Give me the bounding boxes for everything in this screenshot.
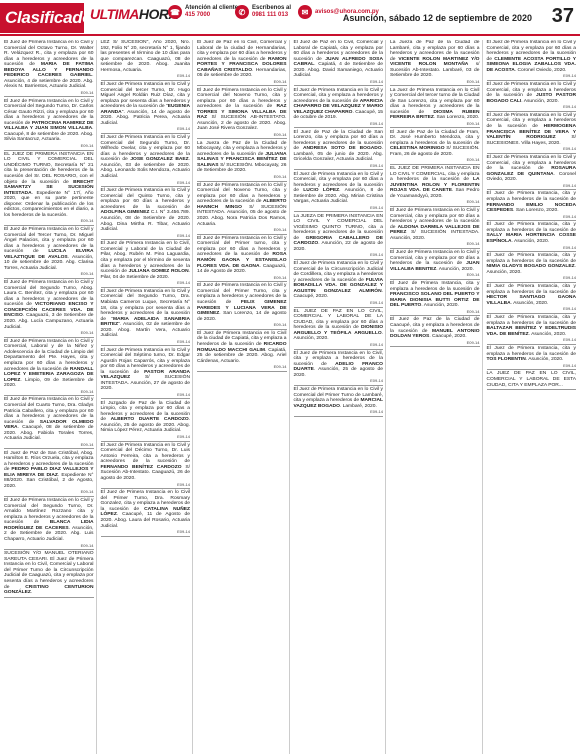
legal-notice: El Juez de Primera Instancia en lo Civil… — [101, 289, 191, 346]
legal-notice: El Juez de Primera Instancia en lo Civil… — [390, 250, 480, 280]
column-3: El Juez de Paz en lo Civil, Comercial y … — [195, 40, 290, 754]
whatsapp-icon: ✆ — [235, 5, 249, 19]
legal-notice: El Juez de Primera Instancia en lo Civil… — [390, 208, 480, 249]
notice-ref-code: E09-14 — [101, 280, 191, 286]
legal-notice: El Juez de Primera Instancia en lo Civil… — [4, 99, 94, 151]
legal-notice: EL JUEZ DE PRIMERA INSTANCIA EN LO CIVIL… — [390, 166, 480, 207]
section-title: Clasificados — [0, 3, 84, 33]
legal-notice: SUCESIÓN Y/O MANUEL OTERIANO SAREUTA CES… — [4, 551, 94, 597]
legal-notice: El Juez de Primera Instancia en lo Civil… — [4, 339, 94, 396]
legal-notice: El Juez de Primera Instancia en lo Civil… — [4, 397, 94, 449]
legal-notice: El Juez de Primera Instancia en lo Civil… — [4, 498, 94, 550]
legal-notice: EL JUEZ DE PRIMERA INSTANCIA EN LO CIVIL… — [4, 152, 94, 226]
legal-notice: El Juez de Primera Instancia en lo Civil… — [487, 40, 577, 81]
legal-notice: El Juez de Primera Instancia en lo Civil… — [197, 283, 287, 329]
contact-whatsapp: ✆ Escríbenos al0981 111 013 — [235, 5, 291, 19]
notice-ref-code: E09-14 — [294, 79, 384, 85]
notice-ref-code: E09-14 — [4, 489, 94, 495]
notice-ref-code: E09-14 — [487, 337, 577, 343]
notice-ref-code: E09-14 — [4, 143, 94, 149]
notice-ref-code: E09-14 — [101, 73, 191, 79]
legal-notice: La Jueza de Paz de la Ciudad de Lambaré,… — [390, 40, 480, 86]
notice-ref-code: E09-14 — [197, 227, 287, 233]
dateline: Asunción, sábado 12 de septiembre de 202… — [343, 13, 532, 23]
legal-notice: El Juez de Primera Instancia en lo Civil… — [487, 155, 577, 190]
notice-ref-code: E09-14 — [487, 183, 577, 189]
notice-ref-code: E09-14 — [294, 409, 384, 415]
notice-ref-code: E09-14 — [294, 205, 384, 211]
legal-notice: El Juez de Primera Instancia en lo Civil… — [487, 82, 577, 112]
contact-customer-service: ☎ Atención al cliente:415 7000 — [168, 5, 240, 19]
page-number: 37 — [552, 5, 574, 28]
notice-ref-code: E09-14 — [487, 73, 577, 79]
legal-notice: El Juez de Primera Instancia en lo Civil… — [101, 82, 191, 134]
notice-ref-code: E09-14 — [4, 271, 94, 277]
notice-ref-code: E09-14 — [197, 322, 287, 328]
legal-notice: El Juez de Primera Instancia en lo Civil… — [101, 348, 191, 400]
legal-notice: El Juez de Primera Instancia en lo Civil… — [101, 188, 191, 240]
legal-notice: El Juez de Primera Instancia, cita y emp… — [390, 281, 480, 316]
legal-notice: El Juez de Paz de la Ciudad de Caacupé, … — [390, 317, 480, 347]
legal-notice: El Juez de Primera Instancia en lo Civil… — [487, 113, 577, 154]
notice-ref-code: E09-14 — [197, 364, 287, 370]
column-5: La Jueza de Paz de la Ciudad de Lambaré,… — [388, 40, 483, 754]
legal-notice: La Jueza de Paz de la Ciudad de Mbocayat… — [197, 141, 287, 182]
legal-notice: El Juez de Primera Instancia, cita y emp… — [487, 284, 577, 314]
notice-ref-code: E09-14 — [487, 275, 577, 281]
notice-ref-code: E09-14 — [390, 199, 480, 205]
notice-ref-code: E09-14 — [197, 79, 287, 85]
notice-ref-code: E09-14 — [390, 157, 480, 163]
legal-notice: EL JUEZ DE PAZ EN LO CIVIL, COMERCIAL Y … — [294, 309, 384, 350]
notice-ref-code: E09-14 — [294, 300, 384, 306]
notice-ref-code: E09-14 — [294, 163, 384, 169]
notice-ref-code: E09-14 — [487, 146, 577, 152]
page-header: Clasificados ULTIMAHORA ☎ Atención al cl… — [0, 0, 580, 36]
notice-ref-code: E09-14 — [101, 392, 191, 398]
legal-notice: El Juez de Paz de la Ciudad de Fram, Dr.… — [390, 130, 480, 165]
legal-notice: El Juez de Primera Instancia en lo Civil… — [101, 135, 191, 187]
phone-icon: ☎ — [168, 5, 182, 19]
notice-ref-code: E09-14 — [294, 378, 384, 384]
notice-ref-code: E09-14 — [101, 180, 191, 186]
legal-notice: La JUEZA DE PRIMERA INSTANCIA EN LO CIVI… — [294, 214, 384, 260]
notice-ref-code: E09-14 — [197, 132, 287, 138]
notice-ref-code: E09-14 — [101, 529, 191, 535]
legal-notice: El Juez de Primera Instancia en lo Civil… — [294, 387, 384, 417]
legal-notice: El Juez de Primera Instancia en lo Civil… — [197, 183, 287, 235]
column-1: El Juez de Primera Instancia en lo Civil… — [2, 40, 97, 754]
legal-notice: LA JUEZ DE PAZ EN LO CIVIL, COMERCIAL Y … — [487, 371, 577, 390]
legal-notice: El Juez de Primera Instancia, cita y emp… — [487, 346, 577, 370]
notice-ref-code: E09-14 — [294, 121, 384, 127]
legal-notice: El Juez de Primera Instancia en lo Civil… — [197, 236, 287, 282]
newspaper-logo: ULTIMAHORA — [90, 6, 178, 22]
notice-ref-code: E09-14 — [390, 121, 480, 127]
notice-ref-code: E09-14 — [4, 218, 94, 224]
legal-notice: El Juez de Primera Instancia en lo Civil… — [4, 40, 94, 97]
notice-ref-code: E09-14 — [101, 339, 191, 345]
legal-notice: El Juez de Primera Instancia en lo Civil… — [101, 241, 191, 287]
legal-notice: El Juez de Primera Instancia en lo Civil… — [294, 88, 384, 129]
legal-notice: LEZ S/ SUCESIÓN", Año 2020, Nro. 192, Fo… — [101, 40, 191, 81]
notice-ref-code: E09-14 — [390, 241, 480, 247]
legal-notice: El Juez de Primera Instancia en lo Civil… — [4, 280, 94, 337]
notice-ref-code: E09-14 — [294, 342, 384, 348]
legal-notice: El Juez de Paz en lo Civil, Comercial y … — [294, 40, 384, 86]
legal-notice: El Juzgado de Paz de la Ciudad de Limpio… — [101, 401, 191, 442]
legal-notice: El Juez de Paz en lo Civil, Comercial y … — [197, 40, 287, 86]
notice-ref-code: E09-14 — [390, 272, 480, 278]
legal-notice: El Juez de Primera Instancia en lo Civil… — [294, 351, 384, 386]
column-6: El Juez de Primera Instancia en lo Civil… — [485, 40, 579, 754]
legal-notice: El Juez de Primera Instancia en lo Civil… — [294, 172, 384, 213]
classifieds-columns: El Juez de Primera Instancia en lo Civil… — [2, 40, 578, 754]
notice-ref-code: E09-14 — [101, 482, 191, 488]
notice-ref-code: E09-14 — [197, 174, 287, 180]
notice-ref-code: E09-14 — [4, 442, 94, 448]
notice-ref-code: E09-14 — [390, 340, 480, 346]
notice-ref-code: E09-14 — [101, 126, 191, 132]
legal-notice: El Juez de Primera Instancia, cita y emp… — [487, 222, 577, 252]
notice-ref-code: E09-14 — [390, 309, 480, 315]
notice-ref-code: E09-14 — [4, 543, 94, 549]
column-2: LEZ S/ SUCESIÓN", Año 2020, Nro. 192, Fo… — [99, 40, 194, 754]
notice-ref-code: E09-14 — [4, 389, 94, 395]
legal-notice: El Juez de Primera Instancia, cita y emp… — [487, 253, 577, 283]
legal-notice: El Juez de Paz de San Cristóbal, Abog. H… — [4, 451, 94, 497]
notice-ref-code: E09-14 — [487, 306, 577, 312]
notice-ref-code: E09-14 — [487, 214, 577, 220]
notice-ref-code: E09-14 — [4, 330, 94, 336]
notice-ref-code: E09-14 — [197, 275, 287, 281]
notice-ref-code: E09-14 — [101, 233, 191, 239]
notice-ref-code: E09-14 — [487, 104, 577, 110]
notice-ref-code: E09-14 — [101, 434, 191, 440]
column-4: El Juez de Paz en lo Civil, Comercial y … — [292, 40, 387, 754]
legal-notice: El Juez de Paz de la Ciudad de San Loren… — [294, 130, 384, 171]
legal-notice: El Juez de Primera Instancia en lo Civil… — [4, 227, 94, 279]
legal-notice: El Juez de Primera Instancia en lo Civil… — [294, 261, 384, 307]
notice-ref-code: E09-14 — [4, 90, 94, 96]
legal-notice: La Juez de Primera Instancia en lo Civil… — [390, 88, 480, 129]
legal-notice: El Juez de Primera Instancia en lo Civil… — [101, 443, 191, 489]
legal-notice: El Juez de Primera Instancia en lo Civil… — [197, 88, 287, 140]
notice-ref-code: E09-14 — [487, 363, 577, 369]
notice-ref-code: E09-14 — [294, 252, 384, 258]
notice-ref-code: E09-14 — [487, 245, 577, 251]
notice-ref-code: E09-14 — [390, 79, 480, 85]
legal-notice: El Juez de Primera Instancia, cita y emp… — [487, 191, 577, 221]
legal-notice: El Juez de Primera Instancia en lo Civil… — [101, 490, 191, 536]
email-icon: ✉ — [298, 5, 312, 19]
legal-notice: El Juez de Primera Instancia en lo Civil… — [197, 331, 287, 372]
legal-notice: El Juez de Primera Instancia, cita y emp… — [487, 315, 577, 345]
